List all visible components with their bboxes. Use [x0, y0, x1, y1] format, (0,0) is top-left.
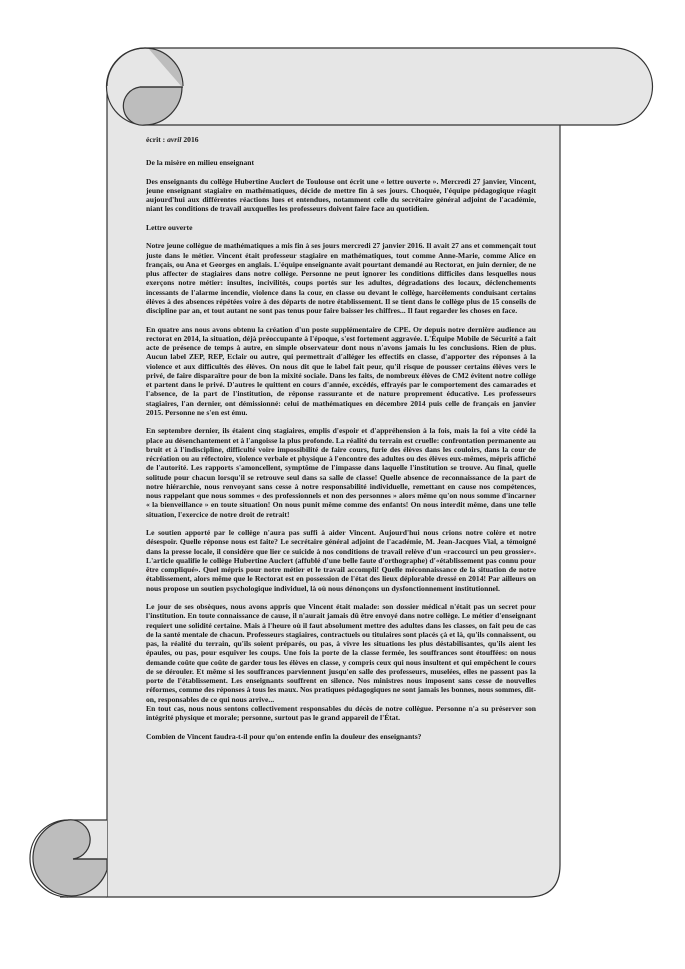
letter-paragraph-2: En quatre ans nous avons obtenu la créat…	[146, 325, 536, 418]
closing-question: Combien de Vincent faudra-t-il pour qu'o…	[146, 732, 536, 741]
written-date: écrit : avril 2016	[146, 135, 536, 144]
letter-heading: Lettre ouverte	[146, 223, 536, 232]
letter-paragraph-1: Notre jeune collègue de mathématiques a …	[146, 241, 536, 315]
letter-paragraph-3: En septembre dernier, ils étaient cinq s…	[146, 426, 536, 519]
letter-content: écrit : avril 2016 De la misère en milie…	[146, 135, 536, 750]
top-roll	[107, 48, 653, 125]
letter-paragraph-6: En tout cas, nous nous sentons collectiv…	[146, 704, 536, 723]
letter-paragraph-4: Le soutien apporté par le collège n'aura…	[146, 528, 536, 593]
article-title: De la misère en milieu enseignant	[146, 158, 536, 167]
written-month: avril	[167, 135, 181, 144]
intro-paragraph: Des enseignants du collège Hubertine Auc…	[146, 177, 536, 214]
written-year: 2016	[183, 135, 198, 144]
letter-paragraph-5: Le jour de ses obsèques, nous avons appr…	[146, 602, 536, 704]
written-label: écrit :	[146, 135, 165, 144]
